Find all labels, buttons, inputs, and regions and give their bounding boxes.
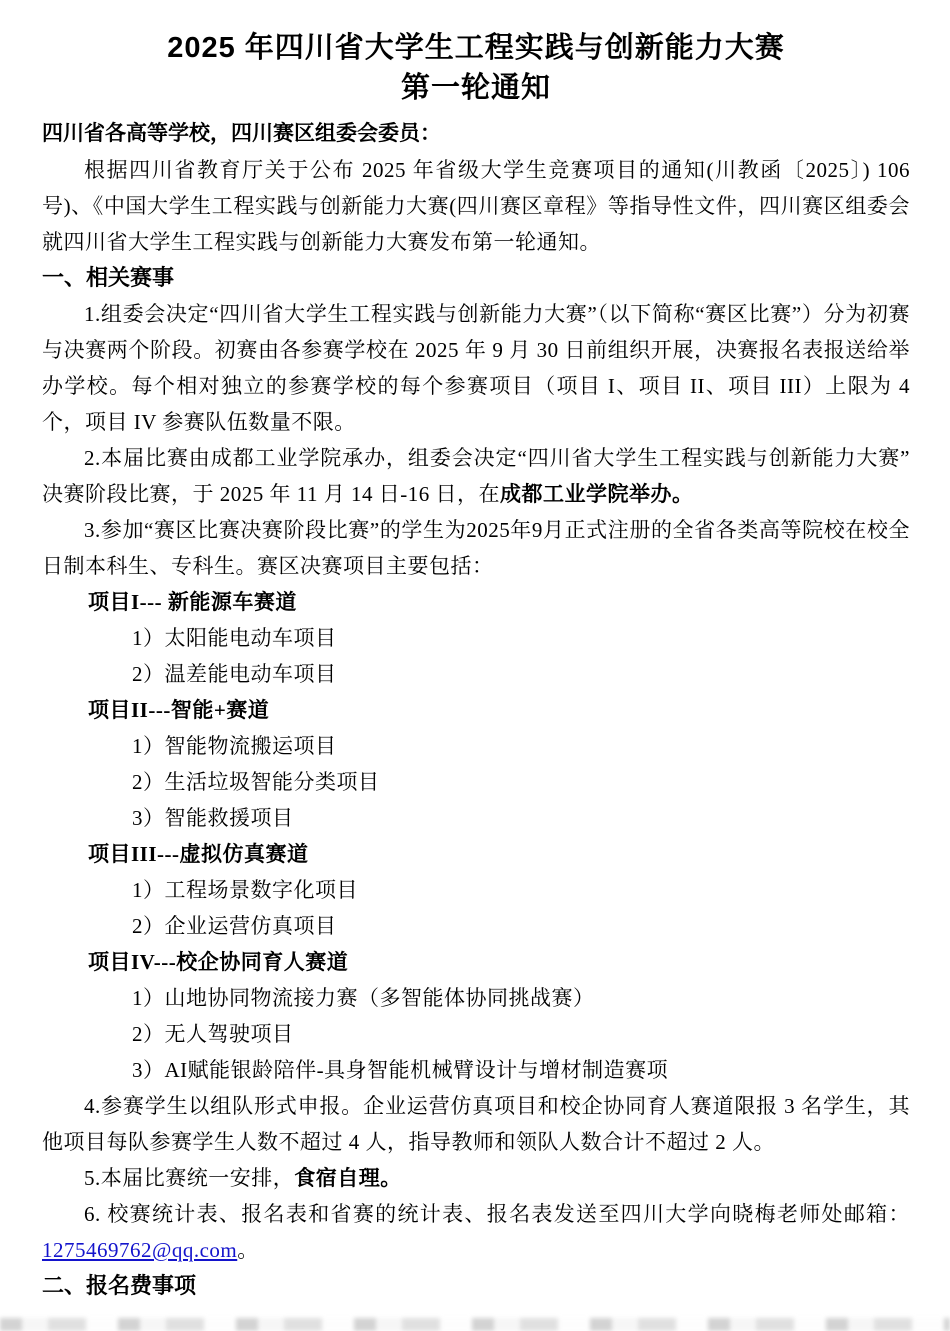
section1-heading: 一、相关赛事 bbox=[42, 260, 910, 296]
track-3-item-2: 2）企业运营仿真项目 bbox=[132, 908, 910, 944]
clause-3-paragraph: 3.参加“赛区比赛决赛阶段比赛”的学生为2025年9月正式注册的全省各类高等院校… bbox=[42, 512, 910, 584]
track-2-item-2: 2）生活垃圾智能分类项目 bbox=[132, 764, 910, 800]
track-4-item-1: 1）山地协同物流接力赛（多智能体协同挑战赛） bbox=[132, 980, 910, 1016]
salutation-line: 四川省各高等学校，四川赛区组委会委员： bbox=[42, 116, 910, 152]
track-4-heading: 项目IV---校企协同育人赛道 bbox=[88, 944, 910, 980]
title-line-2: 第一轮通知 bbox=[42, 68, 910, 108]
track-1-block: 项目I--- 新能源车赛道 1）太阳能电动车项目 2）温差能电动车项目 bbox=[42, 584, 910, 692]
track-4-item-3: 3）AI赋能银龄陪伴-具身智能机械臂设计与增材制造赛项 bbox=[132, 1052, 910, 1088]
clause-2-bold-text: 成都工业学院举办。 bbox=[500, 482, 694, 506]
clause-5-text: 5.本届比赛统一安排， bbox=[84, 1166, 294, 1190]
clause-2-paragraph: 2.本届比赛由成都工业学院承办，组委会决定“四川省大学生工程实践与创新能力大赛”… bbox=[42, 440, 910, 512]
track-1-heading: 项目I--- 新能源车赛道 bbox=[88, 584, 910, 620]
track-3-item-1: 1）工程场景数字化项目 bbox=[132, 872, 910, 908]
clause-6-text: 6. 校赛统计表、报名表和省赛的统计表、报名表发送至四川大学向晓梅老师处邮箱： bbox=[84, 1202, 910, 1226]
track-1-item-1: 1）太阳能电动车项目 bbox=[132, 620, 910, 656]
clause-6-suffix: 。 bbox=[237, 1238, 259, 1262]
track-4-block: 项目IV---校企协同育人赛道 1）山地协同物流接力赛（多智能体协同挑战赛） 2… bbox=[42, 944, 910, 1088]
track-4-item-2: 2）无人驾驶项目 bbox=[132, 1016, 910, 1052]
document-title: 2025 年四川省大学生工程实践与创新能力大赛 第一轮通知 bbox=[42, 28, 910, 108]
section2-heading: 二、报名费事项 bbox=[42, 1268, 910, 1304]
cutoff-next-line-artifact bbox=[0, 1318, 950, 1331]
track-2-item-1: 1）智能物流搬运项目 bbox=[132, 728, 910, 764]
track-2-heading: 项目II---智能+赛道 bbox=[88, 692, 910, 728]
track-2-block: 项目II---智能+赛道 1）智能物流搬运项目 2）生活垃圾智能分类项目 3）智… bbox=[42, 692, 910, 836]
clause-5-bold-text: 食宿自理。 bbox=[294, 1166, 402, 1190]
clause-4-paragraph: 4.参赛学生以组队形式申报。企业运营仿真项目和校企协同育人赛道限报 3 名学生，… bbox=[42, 1088, 910, 1160]
intro-paragraph: 根据四川省教育厅关于公布 2025 年省级大学生竞赛项目的通知(川教函〔2025… bbox=[42, 152, 910, 260]
document-page: 2025 年四川省大学生工程实践与创新能力大赛 第一轮通知 四川省各高等学校，四… bbox=[0, 0, 950, 1304]
track-3-block: 项目III---虚拟仿真赛道 1）工程场景数字化项目 2）企业运营仿真项目 bbox=[42, 836, 910, 944]
track-2-item-3: 3）智能救援项目 bbox=[132, 800, 910, 836]
track-3-heading: 项目III---虚拟仿真赛道 bbox=[88, 836, 910, 872]
email-link[interactable]: 1275469762@qq.com bbox=[42, 1238, 237, 1262]
title-line-1: 2025 年四川省大学生工程实践与创新能力大赛 bbox=[42, 28, 910, 68]
clause-5-paragraph: 5.本届比赛统一安排，食宿自理。 bbox=[42, 1160, 910, 1196]
clause-2-text: 2.本届比赛由成都工业学院承办，组委会决定“四川省大学生工程实践与创新能力大赛”… bbox=[42, 446, 910, 506]
clause-1-paragraph: 1.组委会决定“四川省大学生工程实践与创新能力大赛”（以下简称“赛区比赛”）分为… bbox=[42, 296, 910, 440]
track-1-item-2: 2）温差能电动车项目 bbox=[132, 656, 910, 692]
clause-6-paragraph: 6. 校赛统计表、报名表和省赛的统计表、报名表发送至四川大学向晓梅老师处邮箱：1… bbox=[42, 1196, 910, 1268]
